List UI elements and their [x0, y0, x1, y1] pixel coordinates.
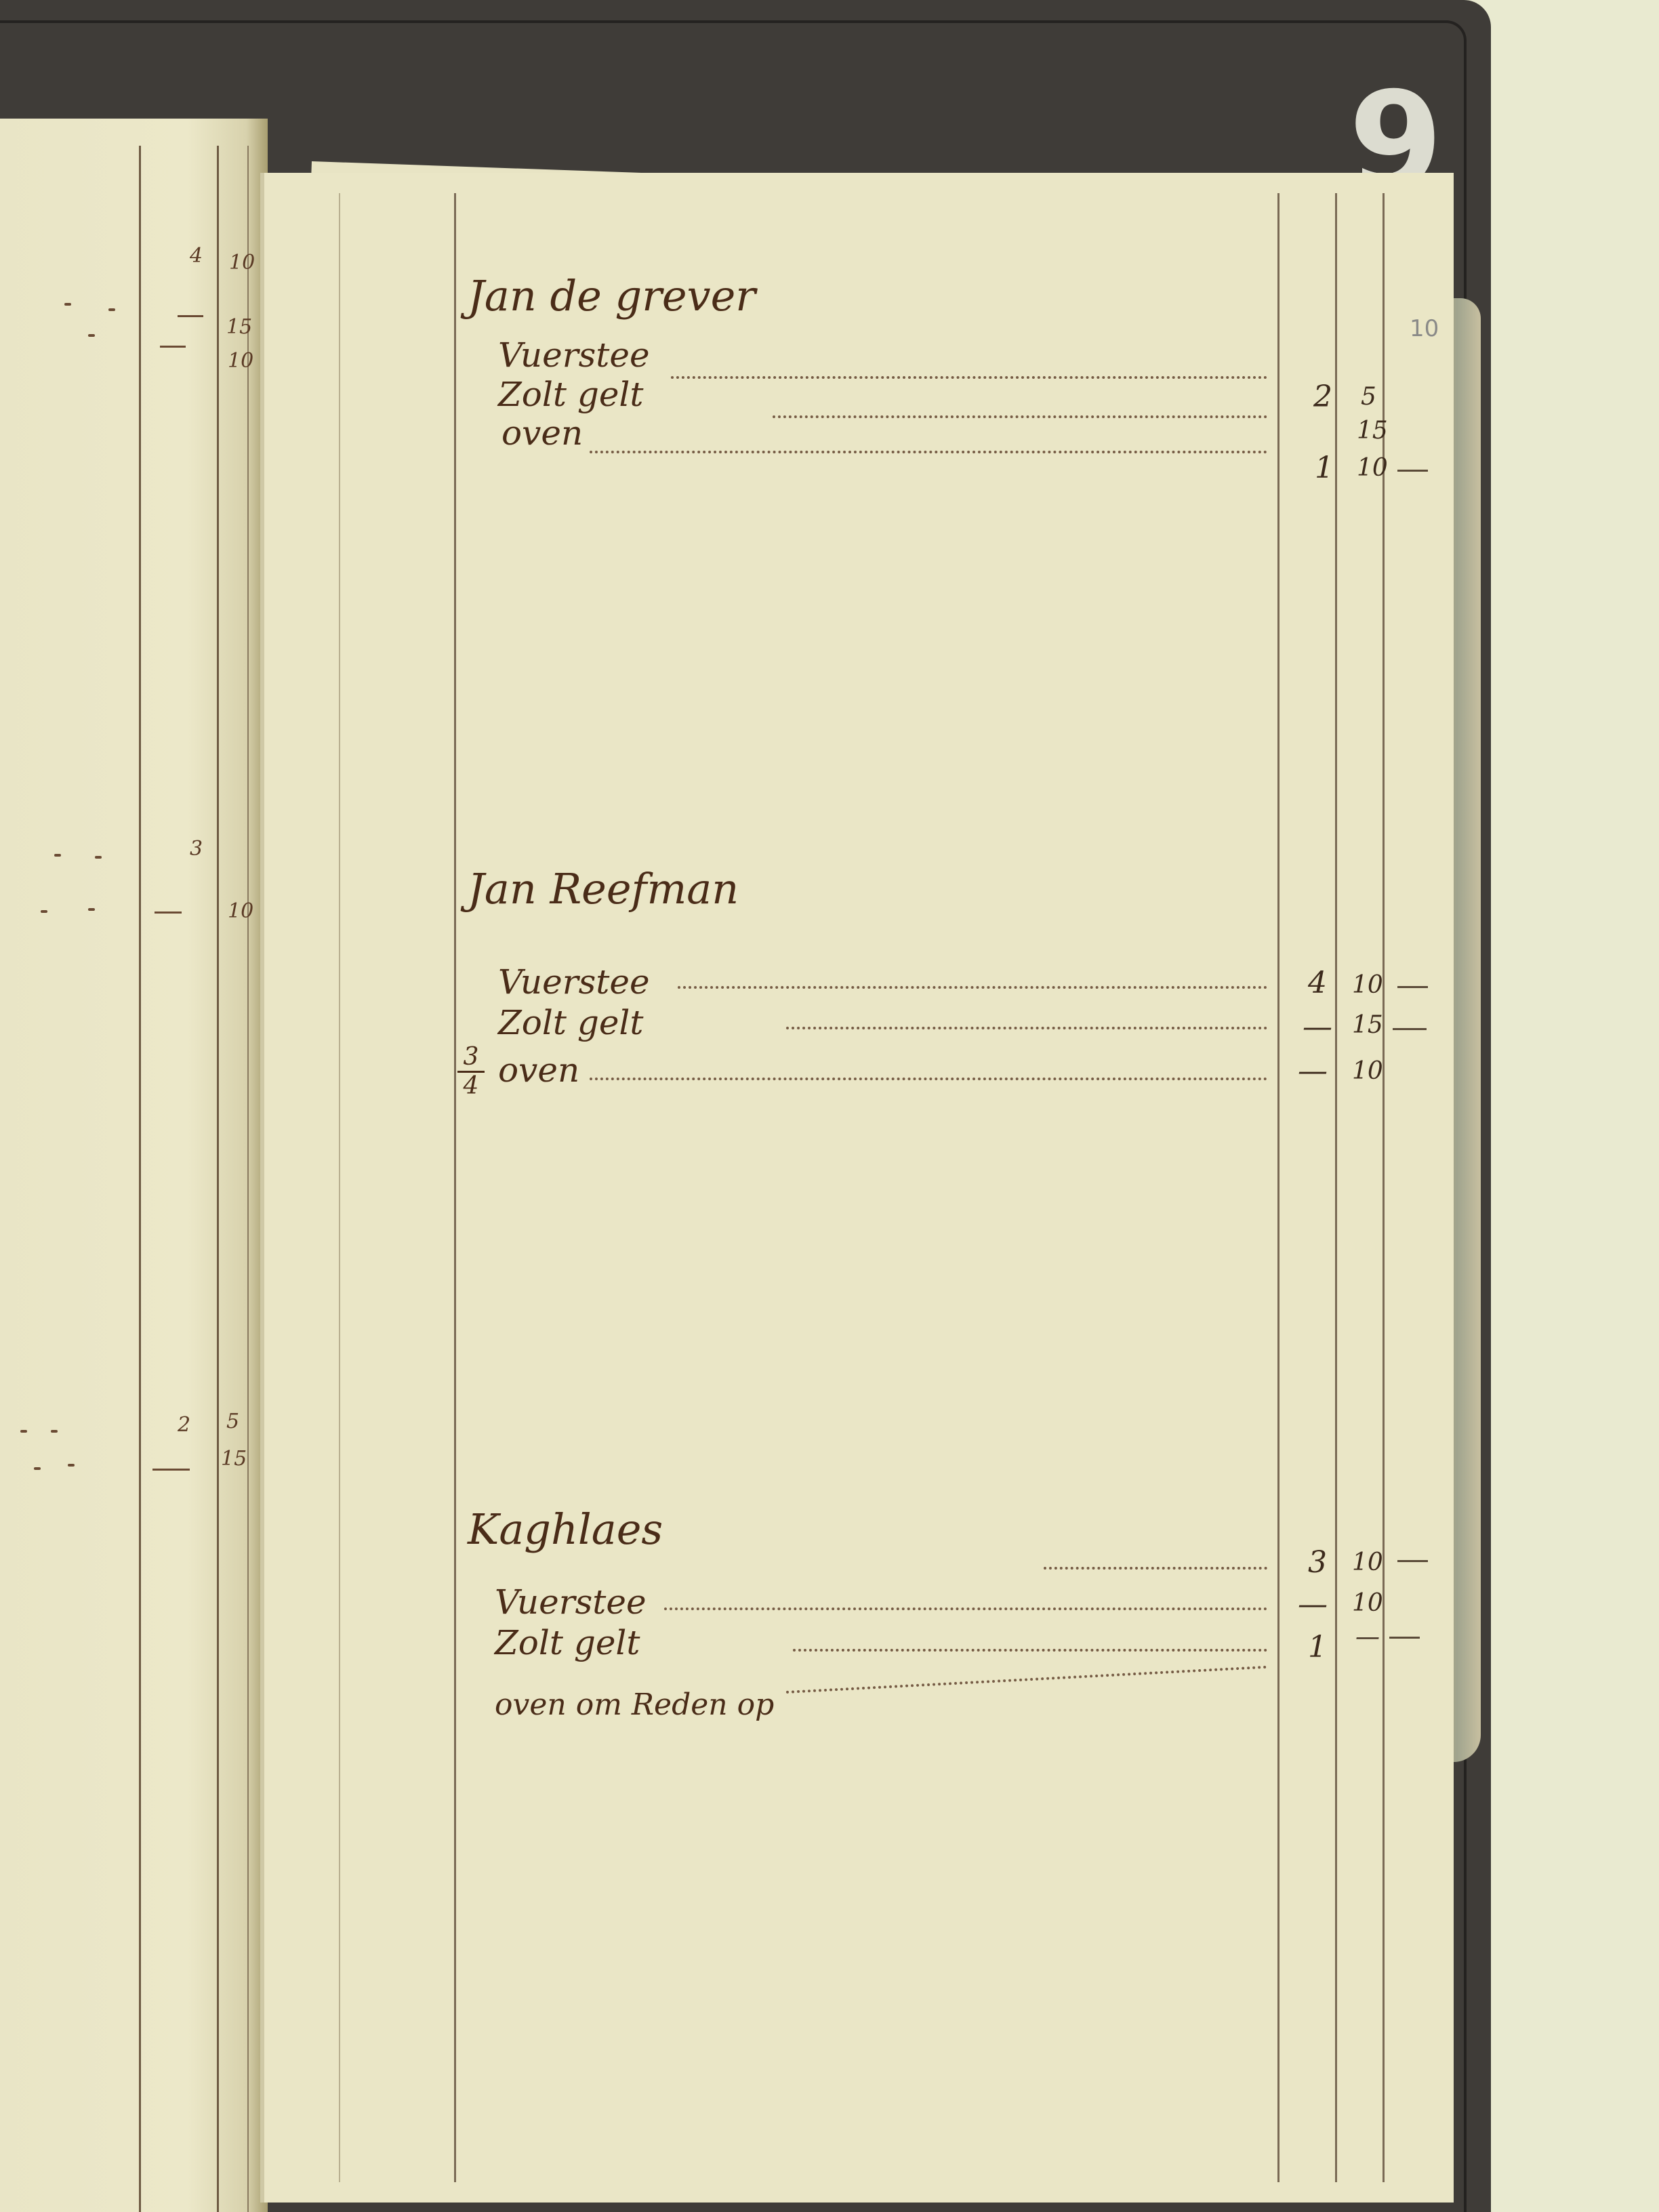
amount-stivers: 10: [1352, 1589, 1383, 1617]
leader-dots: [678, 986, 1267, 989]
leader-dot: [88, 908, 95, 911]
margin-rule: [454, 193, 456, 2182]
leader-dots: [793, 1649, 1267, 1652]
amount-guilders: 3: [1308, 1545, 1327, 1580]
amount-column-rule: [1277, 193, 1279, 2182]
left-dash: [152, 1469, 190, 1471]
amount-guilders: 2: [1313, 380, 1332, 414]
total-tick: [1397, 470, 1428, 472]
leader-dots: [1044, 1567, 1267, 1570]
leader-dots: [590, 1078, 1267, 1080]
left-dash: [155, 912, 182, 914]
leader-dot: [51, 1430, 58, 1433]
entry-name: Kaghlaes: [468, 1504, 663, 1554]
amount-column-rule: [1335, 193, 1337, 2182]
leader-dot: [20, 1430, 27, 1433]
amount-stivers: 10: [1352, 1549, 1383, 1576]
left-amount-minor: 10: [228, 899, 253, 923]
entry-line-label: oven: [501, 413, 583, 453]
left-amount-minor: 10: [229, 251, 255, 274]
leader-dots: [786, 1666, 1267, 1694]
entry-line-label: oven om Reden op: [495, 1687, 774, 1722]
amount-guilders: —: [1298, 1054, 1328, 1088]
left-dash: [178, 315, 203, 317]
amount-stivers: 10: [1357, 454, 1388, 482]
entry-name: Jan Reefman: [468, 864, 739, 914]
entry-line-label: Vuerstee: [498, 962, 650, 1002]
leader-dots: [671, 376, 1267, 379]
leader-dots: [786, 1027, 1267, 1029]
total-tick: [1397, 1560, 1428, 1562]
amount-stivers: 15: [1357, 417, 1388, 445]
leader-dot: [88, 334, 95, 337]
leader-dot: [41, 910, 47, 913]
left-page-rule: [247, 146, 249, 2212]
left-page: 4 10 15 10 3 10 2 5 15: [0, 119, 268, 2212]
entry-line-label: Vuerstee: [495, 1582, 647, 1622]
entry-line-label: Zolt gelt: [495, 1623, 640, 1662]
total-tick: [1397, 986, 1428, 988]
leader-dot: [108, 308, 115, 311]
fraction-three-quarters: 3 4: [451, 1044, 491, 1100]
entry-line-label: oven: [498, 1050, 579, 1090]
margin-rule: [339, 193, 340, 2182]
left-page-rule: [217, 146, 219, 2212]
pencil-folio-mark: 10: [1410, 315, 1439, 342]
fraction-denominator: 4: [464, 1072, 479, 1100]
left-amount-minor: 10: [228, 349, 253, 373]
fraction-numerator: 3: [464, 1043, 479, 1071]
leader-dot: [68, 1464, 75, 1467]
leader-dot: [95, 856, 102, 859]
amount-stivers: 10: [1352, 1057, 1383, 1085]
amount-stivers: —: [1355, 1623, 1380, 1651]
amount-column-rule: [1382, 193, 1385, 2182]
amount-stivers: 5: [1361, 383, 1376, 411]
amount-guilders: 4: [1308, 966, 1327, 1000]
leader-dot: [54, 854, 61, 857]
left-amount-major: 2: [178, 1413, 190, 1437]
leader-dots: [590, 451, 1267, 453]
leader-dots: [664, 1607, 1267, 1610]
amount-guilders: —: [1298, 1587, 1328, 1622]
leader-dot: [64, 303, 71, 306]
entry-line-label: Zolt gelt: [498, 375, 644, 414]
entry-name: Jan de grever: [468, 271, 756, 321]
total-tick: [1393, 1028, 1427, 1030]
left-dash: [160, 346, 186, 348]
entry-line-label: Vuerstee: [498, 335, 650, 375]
left-amount-minor: 5: [226, 1410, 239, 1433]
leader-dots: [773, 415, 1267, 418]
entry-line-label: Zolt gelt: [498, 1003, 644, 1042]
left-amount-minor: 15: [221, 1447, 247, 1471]
amount-stivers: 15: [1352, 1011, 1383, 1039]
ledger-page: 10 Jan de grever Vuerstee Zolt gelt oven…: [264, 173, 1454, 2203]
left-page-rule: [139, 146, 141, 2212]
total-tick: [1389, 1637, 1420, 1639]
left-amount-minor: 15: [226, 315, 252, 339]
leader-dot: [34, 1467, 41, 1470]
amount-guilders: 1: [1308, 1630, 1327, 1664]
left-amount-major: 4: [190, 244, 203, 268]
left-amount-major: 3: [190, 837, 203, 861]
amount-guilders: —: [1303, 1010, 1332, 1044]
amount-guilders: 1: [1315, 451, 1334, 485]
amount-stivers: 10: [1352, 971, 1383, 999]
